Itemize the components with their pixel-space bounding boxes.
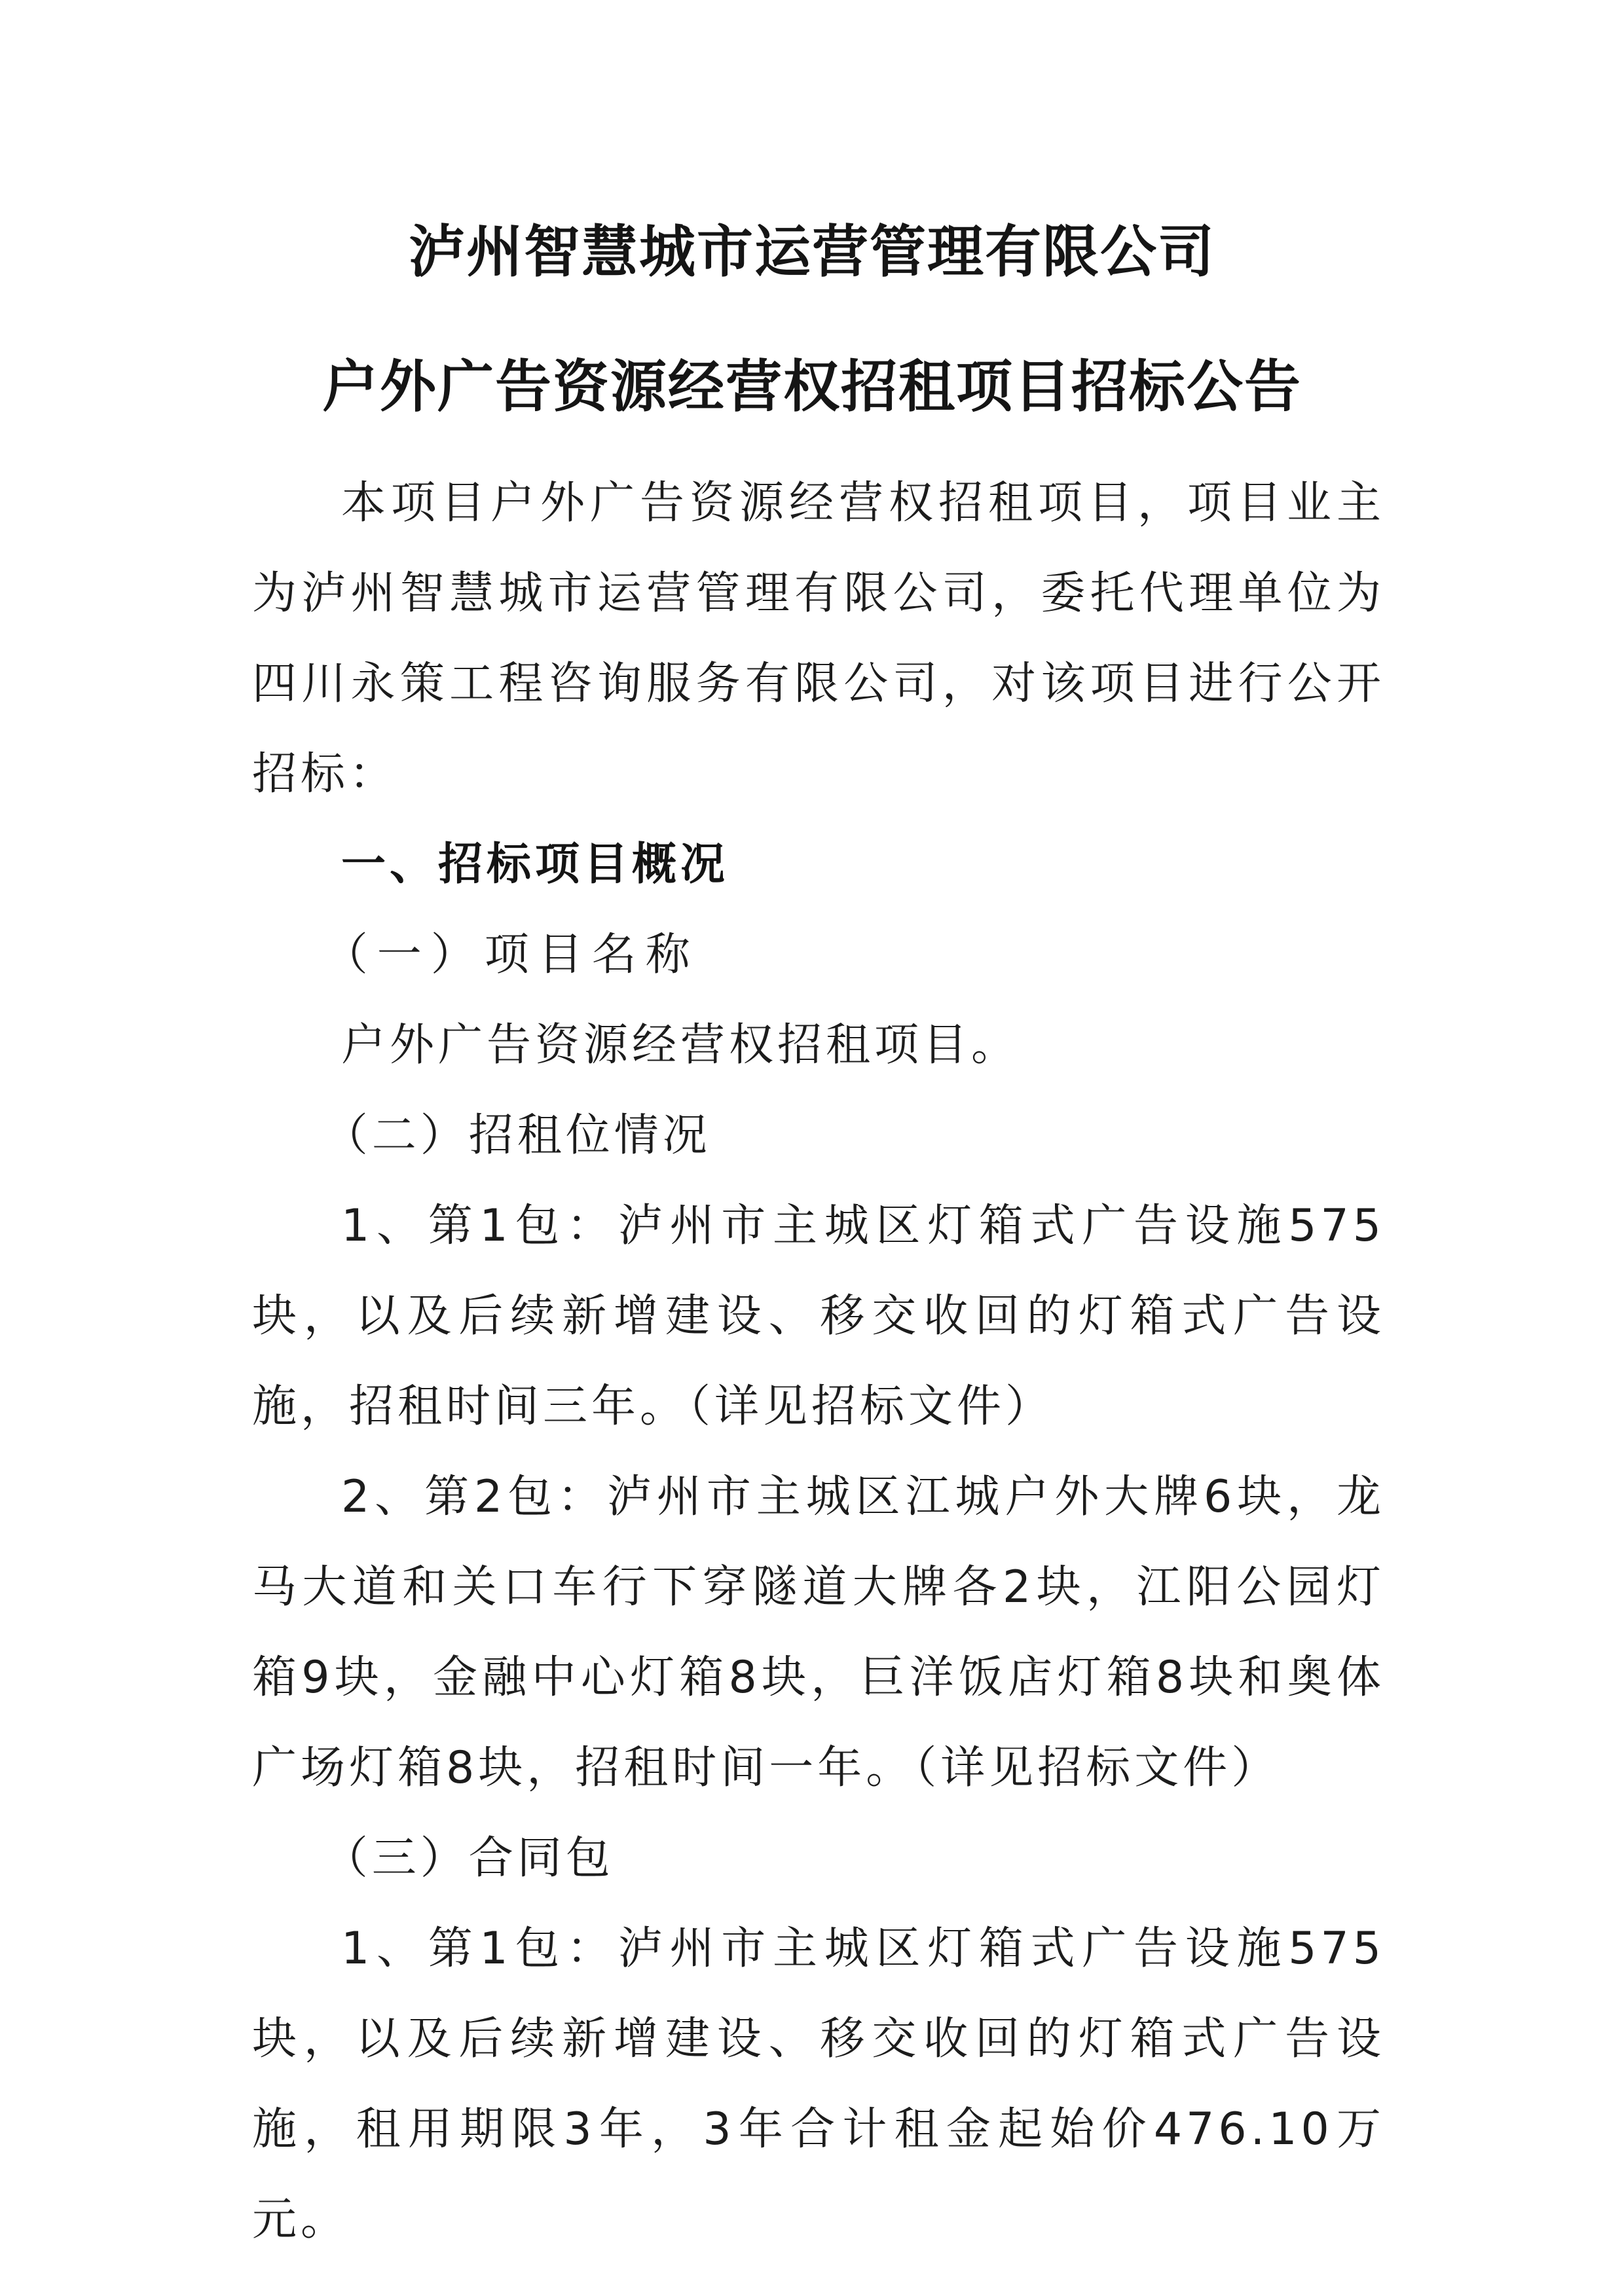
subsection-heading-contract-package: （三）合同包 — [252, 1813, 1385, 1904]
subsection-heading-rental-positions: （二）招租位情况 — [252, 1091, 1385, 1181]
project-name-paragraph: 户外广告资源经营权招租项目。 — [252, 1000, 1385, 1091]
document-title-company: 泸州智慧城市运营管理有限公司 — [0, 216, 1624, 288]
document-title-announcement: 户外广告资源经营权招租项目招标公告 — [0, 351, 1624, 423]
section-heading-project-overview: 一、招标项目概况 — [252, 820, 1385, 910]
package-2-positions-paragraph: 2、第2包：泸州市主城区江城户外大牌6块，龙马大道和关口车行下穿隧道大牌各2块，… — [252, 1452, 1385, 1813]
intro-paragraph: 本项目户外广告资源经营权招租项目，项目业主为泸州智慧城市运营管理有限公司，委托代… — [252, 458, 1385, 820]
document-page: 泸州智慧城市运营管理有限公司 户外广告资源经营权招租项目招标公告 本项目户外广告… — [0, 0, 1624, 2296]
contract-package-1-paragraph: 1、第1包：泸州市主城区灯箱式广告设施575块，以及后续新增建设、移交收回的灯箱… — [252, 1904, 1385, 2265]
package-1-positions-paragraph: 1、第1包：泸州市主城区灯箱式广告设施575块，以及后续新增建设、移交收回的灯箱… — [252, 1181, 1385, 1452]
subsection-heading-project-name: （一）项目名称 — [252, 910, 1385, 1000]
document-body: 本项目户外广告资源经营权招租项目，项目业主为泸州智慧城市运营管理有限公司，委托代… — [252, 458, 1385, 2265]
